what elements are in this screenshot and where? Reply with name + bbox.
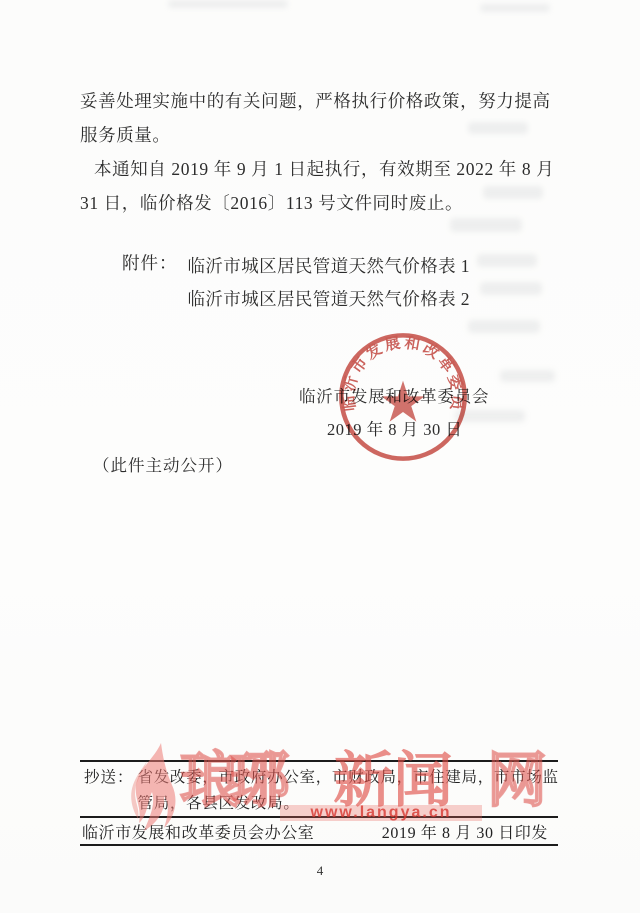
seal-star-icon — [381, 381, 424, 422]
attachment-list: 附件： 临沂市城区居民管道天然气价格表 1 临沂市城区居民管道天然气价格表 2 — [122, 250, 470, 316]
cc-label: 抄送： — [84, 765, 134, 817]
body-text-line: 本通知自 2019 年 9 月 1 日起执行，有效期至 2022 年 8 月 — [80, 152, 554, 186]
cc-recipients-line: 省发改委，市政府办公室，市财政局，市住建局，市市场监 — [138, 765, 559, 791]
cc-block: 抄送： 省发改委，市政府办公室，市财政局，市住建局，市市场监 管局，各县区发改局… — [84, 765, 559, 817]
body-text-line: 妥善处理实施中的有关问题，严格执行价格政策，努力提高 — [80, 84, 551, 118]
issuing-office: 临沂市发展和改革委员会办公室 — [82, 820, 314, 843]
disclosure-note: （此件主动公开） — [93, 452, 233, 476]
footer-divider-bottom — [80, 844, 558, 846]
official-seal-stamp-icon: 临沂市发展和改革委员会 — [335, 329, 471, 465]
paragraph-implementation: 妥善处理实施中的有关问题，严格执行价格政策，努力提高 服务质量。 — [80, 84, 551, 152]
bleedthrough-smudge — [450, 218, 522, 232]
cc-recipients-line: 管局，各县区发改局。 — [138, 791, 559, 817]
bleedthrough-smudge — [168, 0, 288, 8]
bleedthrough-smudge — [480, 282, 542, 295]
attachment-item: 临沂市城区居民管道天然气价格表 1 — [188, 250, 470, 283]
page-number: 4 — [0, 863, 640, 879]
bleedthrough-smudge — [480, 4, 550, 12]
attachment-label: 附件： — [122, 250, 178, 316]
bleedthrough-smudge — [468, 320, 540, 333]
body-text-line: 31 日，临价格发〔2016〕113 号文件同时废止。 — [80, 186, 554, 220]
attachment-item: 临沂市城区居民管道天然气价格表 2 — [188, 283, 470, 316]
scanned-document-page: 妥善处理实施中的有关问题，严格执行价格政策，努力提高 服务质量。 本通知自 20… — [0, 0, 640, 913]
bleedthrough-smudge — [477, 254, 537, 267]
print-date: 2019 年 8 月 30 日印发 — [382, 820, 548, 843]
bleedthrough-smudge — [500, 370, 555, 382]
print-info-row: 临沂市发展和改革委员会办公室 2019 年 8 月 30 日印发 — [82, 820, 548, 843]
footer-divider-top — [80, 760, 558, 762]
body-text-line: 服务质量。 — [80, 118, 551, 152]
paragraph-effective-date: 本通知自 2019 年 9 月 1 日起执行，有效期至 2022 年 8 月 3… — [80, 152, 554, 220]
